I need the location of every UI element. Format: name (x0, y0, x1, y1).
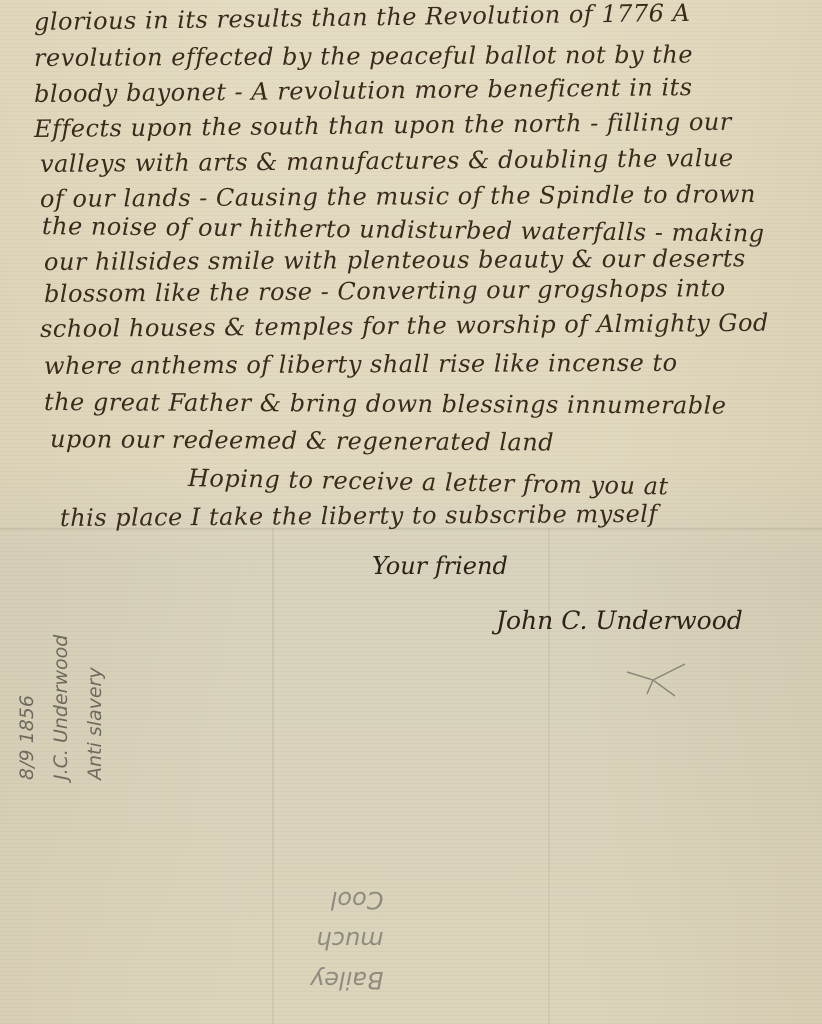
signature: John C. Underwood (496, 606, 743, 635)
body-line: blossom like the rose - Converting our g… (44, 274, 726, 308)
margin-annotation: 8/9 1856 J.C. Underwood Anti slavery (10, 635, 112, 780)
valediction: Your friend (372, 552, 508, 580)
pencil-mark-icon (625, 660, 695, 700)
closing-line: this place I take the liberty to subscri… (60, 500, 658, 532)
margin-subject: Anti slavery (78, 635, 112, 780)
fold-crease-vertical (272, 528, 274, 1024)
inverted-note: Cool (310, 880, 383, 920)
body-line: the great Father & bring down blessings … (44, 388, 727, 420)
body-line: of our lands - Causing the music of the … (40, 180, 756, 213)
body-line: revolution effected by the peaceful ball… (34, 41, 693, 72)
inverted-note: much (310, 920, 383, 960)
margin-date: 8/9 1856 (10, 635, 44, 780)
body-line: where anthems of liberty shall rise like… (44, 349, 678, 380)
margin-name: J.C. Underwood (44, 635, 78, 780)
body-line: our hillsides smile with plenteous beaut… (44, 244, 746, 276)
fold-crease-vertical-2 (548, 528, 550, 1024)
inverted-note: Bailey (310, 960, 383, 1000)
inverted-pencil-notes: Bailey much Cool (310, 880, 383, 1000)
body-line: upon our redeemed & regenerated land (50, 425, 554, 457)
